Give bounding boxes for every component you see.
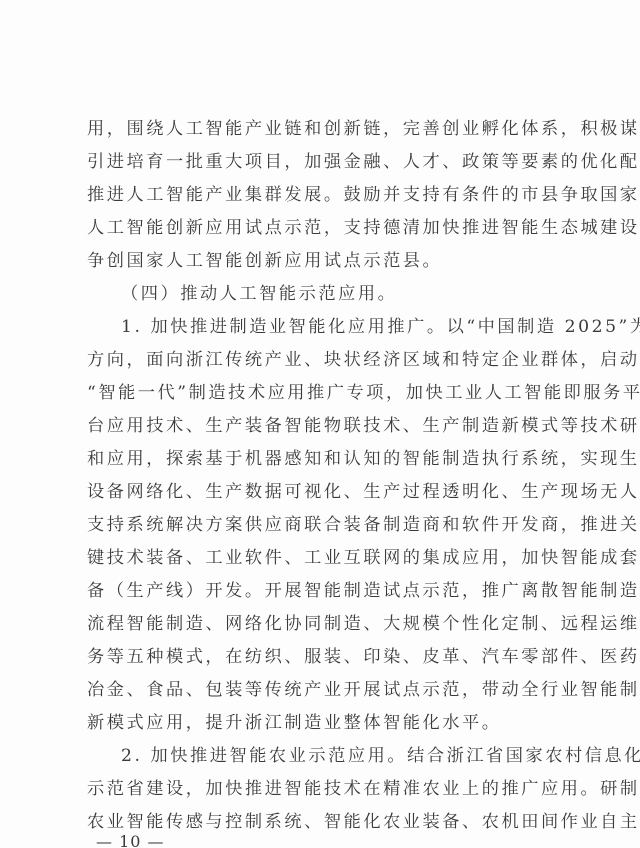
text-line: 键技术装备、工业软件、工业互联网的集成应用，加快智能成套装 (87, 547, 557, 569)
text-line: 和应用，探索基于机器感知和认知的智能制造执行系统，实现生产 (87, 448, 557, 470)
text-line: 农业智能传感与控制系统、智能化农业装备、农机田间作业自主系 (87, 811, 557, 833)
text-line: 流程智能制造、网络化协同制造、大规模个性化定制、远程运维服 (87, 613, 557, 635)
page-number: — 10 — (96, 832, 165, 848)
text-line: “智能一代”制造技术应用推广专项，加快工业人工智能即服务平 (87, 382, 557, 404)
text-line: 方向，面向浙江传统产业、块状经济区域和特定企业群体，启动 (87, 349, 557, 371)
numbered-item-heading: 1. 加快推进制造业智能化应用推广。以“中国制造 2025”为 (121, 316, 557, 338)
text-line: 务等五种模式，在纺织、服装、印染、皮革、汽车零部件、医药、建材、 (87, 646, 557, 668)
text-line: 示范省建设，加快推进智能技术在精准农业上的推广应用。研制 (87, 778, 557, 800)
text-line: 台应用技术、生产装备智能物联技术、生产制造新模式等技术研究 (87, 415, 557, 437)
text-line: 设备网络化、生产数据可视化、生产过程透明化、生产现场无人化。 (87, 481, 557, 503)
text-line: 冶金、食品、包装等传统产业开展试点示范，带动全行业智能制造 (87, 679, 557, 701)
text-line: 支持系统解决方案供应商联合装备制造商和软件开发商，推进关 (87, 514, 557, 536)
text-line: 新模式应用，提升浙江制造业整体智能化水平。 (87, 712, 557, 734)
section-heading: （四）推动人工智能示范应用。 (121, 283, 397, 305)
text-line: 争创国家人工智能创新应用试点示范县。 (87, 250, 557, 272)
text-line: 人工智能创新应用试点示范，支持德清加快推进智能生态城建设， (87, 217, 557, 239)
document-page: 用，围绕人工智能产业链和创新链，完善创业孵化体系，积极谋划 引进培育一批重大项目… (0, 0, 640, 848)
text-line: 推进人工智能产业集群发展。鼓励并支持有条件的市县争取国家 (87, 184, 557, 206)
text-line: 备（生产线）开发。开展智能制造试点示范，推广离散智能制造、 (87, 580, 557, 602)
text-line: 引进培育一批重大项目，加强金融、人才、政策等要素的优化配置， (87, 151, 557, 173)
numbered-item-heading: 2. 加快推进智能农业示范应用。结合浙江省国家农村信息化 (121, 745, 557, 767)
text-line: 用，围绕人工智能产业链和创新链，完善创业孵化体系，积极谋划 (87, 118, 557, 140)
